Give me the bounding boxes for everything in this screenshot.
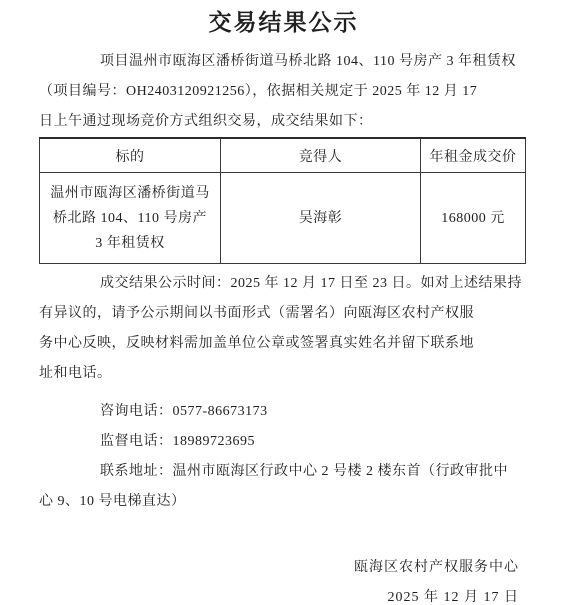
contact-info: 咨询电话：0577-86673173 监督电话：18989723695 联系地址… <box>39 397 528 517</box>
table-header-price: 年租金成交价 <box>421 138 526 173</box>
footer-date: 2025 年 12 月 17 日 <box>39 583 519 605</box>
intro-line: 项目温州市瓯海区潘桥街道马桥北路 104、110 号房产 3 年租赁权 <box>39 47 528 77</box>
notice-line: 务中心反映，反映材料需加盖单位公章或签署真实姓名并留下联系地 <box>39 329 528 359</box>
table-row: 温州市瓯海区潘桥街道马桥北路 104、110 号房产 3 年租赁权 吴海彰 16… <box>40 173 526 264</box>
contact-address-line: 联系地址：温州市瓯海区行政中心 2 号楼 2 楼东首（行政审批中 <box>39 457 528 487</box>
page-title: 交易结果公示 <box>39 6 528 38</box>
intro-line: 日上午通过现场竞价方式组织交易，成交结果如下： <box>39 107 528 137</box>
supervise-phone-line: 监督电话：18989723695 <box>39 427 528 457</box>
announcement-document: 交易结果公示 项目温州市瓯海区潘桥街道马桥北路 104、110 号房产 3 年租… <box>0 0 565 605</box>
signature-block: 瓯海区农村产权服务中心 2025 年 12 月 17 日 <box>39 553 528 605</box>
consult-phone-line: 咨询电话：0577-86673173 <box>39 397 528 427</box>
table-header-row: 标的 竞得人 年租金成交价 <box>40 138 526 173</box>
notice-line: 成交结果公示时间：2025 年 12 月 17 日至 23 日。如对上述结果持 <box>39 269 528 299</box>
intro-paragraph: 项目温州市瓯海区潘桥街道马桥北路 104、110 号房产 3 年租赁权 （项目编… <box>39 47 528 137</box>
contact-address-line: 心 9、10 号电梯直达） <box>39 487 528 517</box>
price-cell: 168000 元 <box>421 173 526 264</box>
footer-organization: 瓯海区农村产权服务中心 <box>39 553 519 583</box>
notice-line: 有异议的，请予公示期间以书面形式（需署名）向瓯海区农村产权服 <box>39 299 528 329</box>
intro-line: （项目编号：OH2403120921256），依据相关规定于 2025 年 12… <box>39 77 528 107</box>
notice-paragraph: 成交结果公示时间：2025 年 12 月 17 日至 23 日。如对上述结果持 … <box>39 269 528 389</box>
notice-line: 址和电话。 <box>39 359 528 389</box>
winner-cell: 吴海彰 <box>221 173 421 264</box>
table-header-subject: 标的 <box>40 138 221 173</box>
table-header-winner: 竞得人 <box>221 138 421 173</box>
result-table: 标的 竞得人 年租金成交价 温州市瓯海区潘桥街道马桥北路 104、110 号房产… <box>39 137 526 264</box>
subject-cell: 温州市瓯海区潘桥街道马桥北路 104、110 号房产 3 年租赁权 <box>40 173 221 264</box>
